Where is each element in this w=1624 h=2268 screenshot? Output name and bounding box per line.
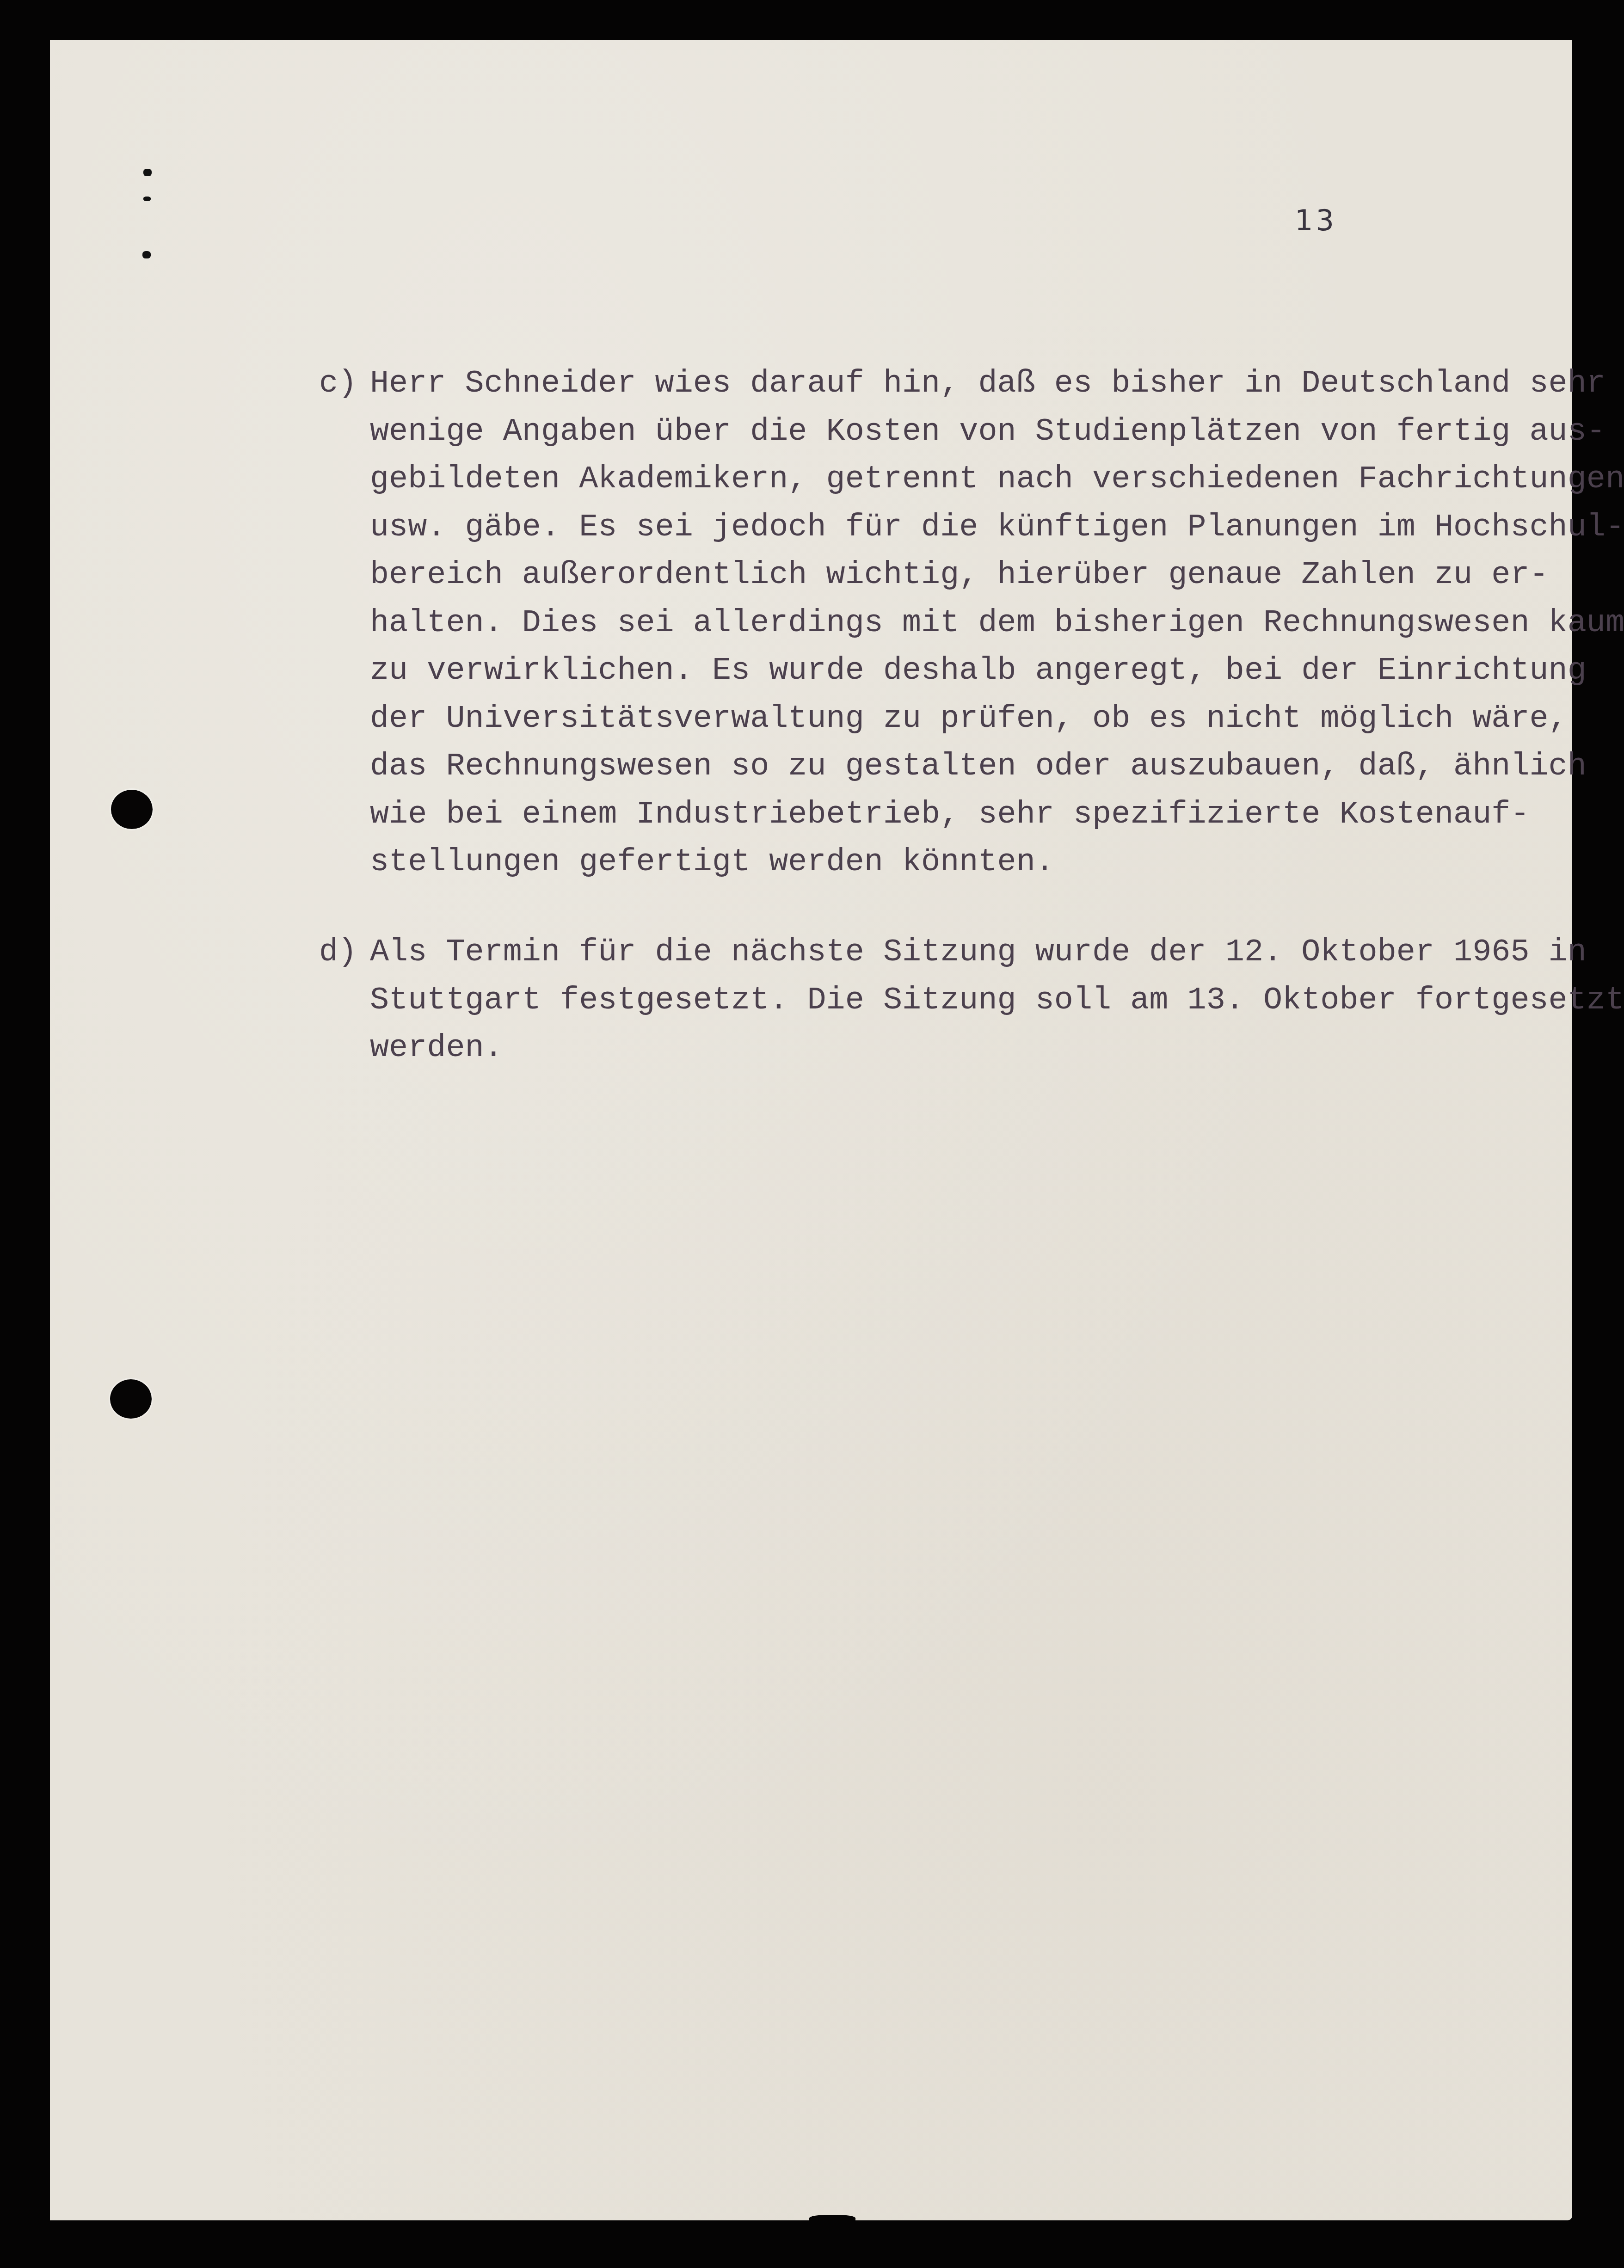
item-label: d) <box>319 934 357 970</box>
text-line: wenige Angaben über die Kosten von Studi… <box>370 413 1606 449</box>
punch-hole-top <box>111 790 153 829</box>
text-line: Herr Schneider wies darauf hin, daß es b… <box>370 365 1606 401</box>
text-line: usw. gäbe. Es sei jedoch für die künftig… <box>370 509 1624 545</box>
staple-mark <box>143 169 152 176</box>
text-line: bereich außerordentlich wichtig, hierübe… <box>370 557 1549 593</box>
staple-mark <box>142 251 151 258</box>
text-line: gebildeten Akademikern, getrennt nach ve… <box>370 461 1624 497</box>
text-line: das Rechnungswesen so zu gestalten oder … <box>370 748 1587 784</box>
text-line: werden. <box>370 1030 503 1066</box>
text-line: halten. Dies sei allerdings mit dem bish… <box>370 605 1624 641</box>
page-number: 13 <box>1295 203 1337 237</box>
text-line: stellungen gefertigt werden könnten. <box>370 844 1054 880</box>
item-label: c) <box>319 365 357 401</box>
text-line: Stuttgart festgesetzt. Die Sitzung soll … <box>370 982 1624 1018</box>
punch-hole-bottom <box>110 1379 152 1419</box>
text-line: wie bei einem Industriebetrieb, sehr spe… <box>370 796 1530 832</box>
text-line: zu verwirklichen. Es wurde deshalb anger… <box>370 652 1587 688</box>
scan-edge-mark <box>809 2215 855 2223</box>
text-line: der Universitätsverwaltung zu prüfen, ob… <box>370 701 1568 737</box>
text-line: Als Termin für die nächste Sitzung wurde… <box>370 934 1587 970</box>
staple-mark <box>143 197 151 201</box>
